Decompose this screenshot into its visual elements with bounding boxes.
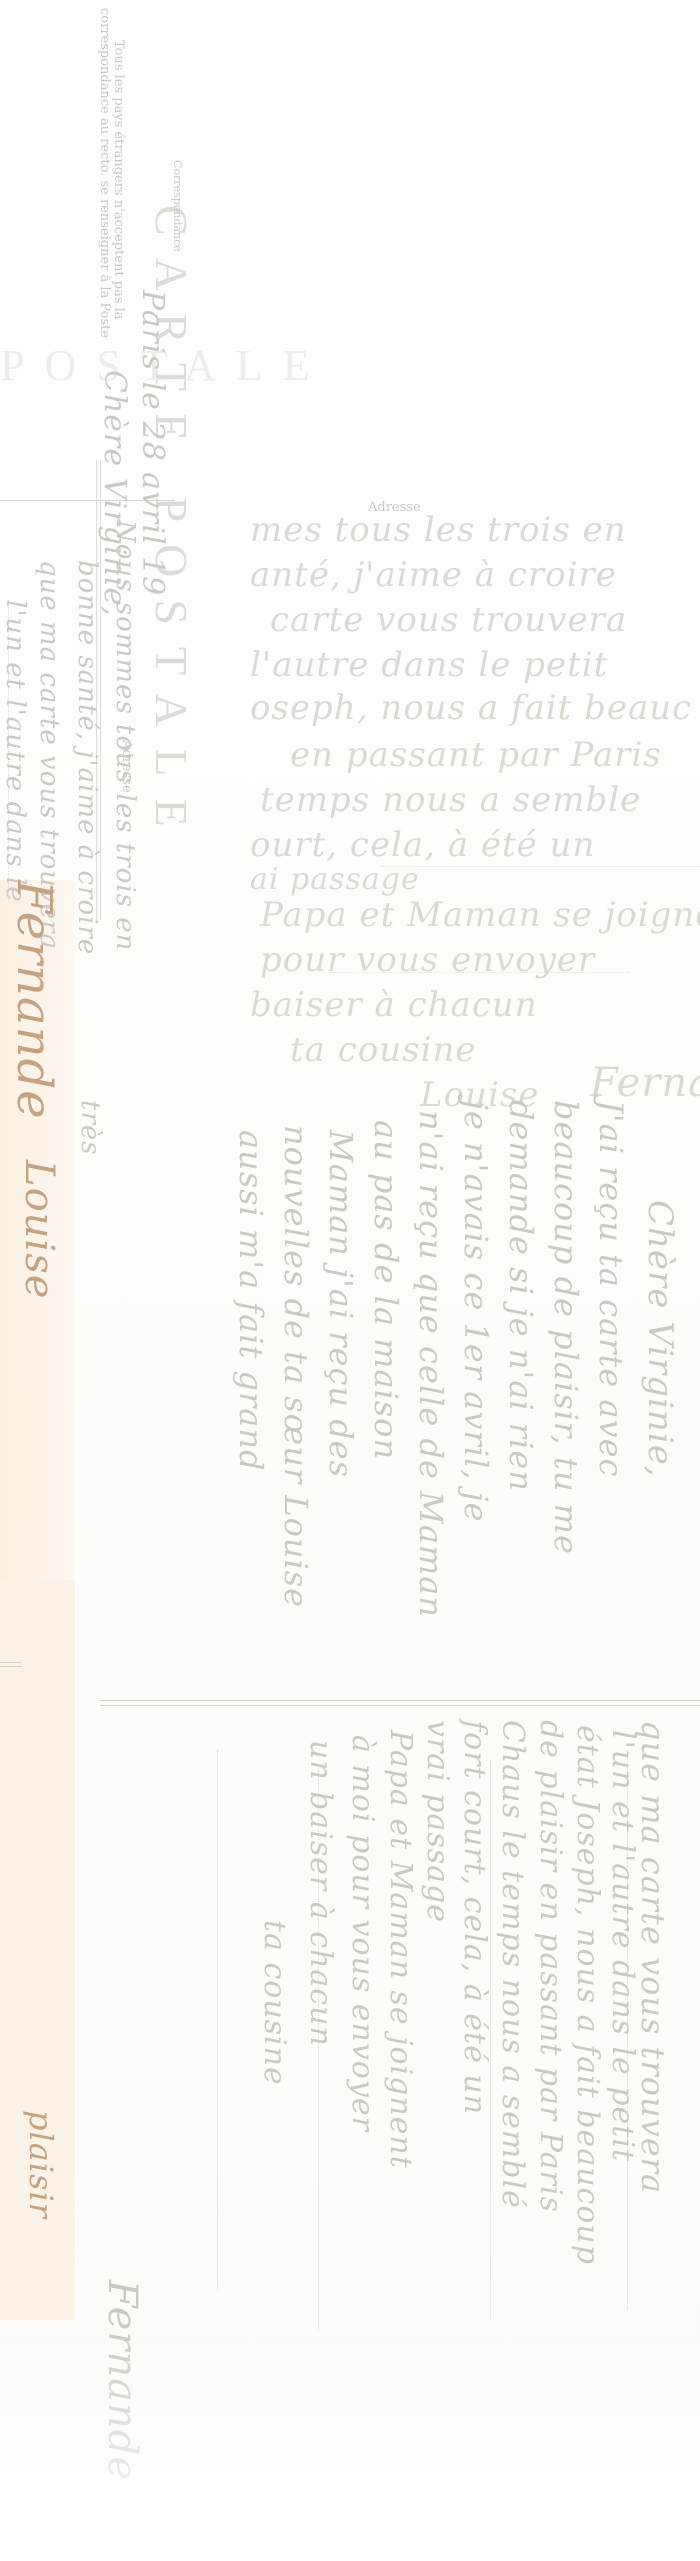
divider-line-lower-2 xyxy=(100,1705,700,1706)
handwriting-line: un baiser à chacun xyxy=(303,1740,338,2047)
handwriting-line: J'ai reçu ta carte avec xyxy=(592,1100,630,1477)
handwriting-line: Papa et Maman se joignent xyxy=(383,1730,418,2169)
signature-sepia-2: Louise xyxy=(16,1160,62,1299)
signature-sepia: Fernande xyxy=(6,880,62,1120)
handwriting-line: carte vous trouvera xyxy=(270,600,627,640)
postcard-background: CARTE POSTALE POSTALE Tous les pays étra… xyxy=(0,0,700,2561)
bottom-fade xyxy=(0,2320,700,2561)
handwriting-line: baiser à chacun xyxy=(250,985,538,1025)
handwriting-line: ai passage xyxy=(250,862,420,897)
handwriting-line: temps nous a semble xyxy=(260,780,641,820)
correspondence-label: Correspondance xyxy=(171,160,184,252)
divider-line-lower xyxy=(100,1700,700,1701)
handwriting-line: à moi pour vous envoyer xyxy=(345,1735,380,2132)
notice-line-2: correspondance au recto. se renseigner à… xyxy=(97,8,112,338)
handwriting-line: ta cousine xyxy=(257,1920,292,2086)
handwriting-line: l'un et l'autre dans le xyxy=(0,600,30,903)
handwriting-line: je n'avais ce 1er avril, je xyxy=(457,1100,495,1522)
handwriting-line: Papa et Maman se joignent xyxy=(260,895,700,935)
handwriting-line: n'ai reçu que celle de Maman xyxy=(412,1110,450,1618)
handwriting-line: ourt, cela, à été un xyxy=(250,825,595,865)
address-dotted-line-h xyxy=(380,866,700,867)
handwriting-greeting: Chère Virginie, xyxy=(640,1200,680,1478)
handwriting-line: très xyxy=(75,1100,105,1156)
handwriting-line: vrai passage xyxy=(420,1720,455,1923)
handwriting-line: oseph, nous a fait beauc xyxy=(250,688,692,728)
handwriting-date: Paris le 28 avril 19 xyxy=(135,290,170,596)
handwriting-line: au pas de la maison xyxy=(367,1120,405,1460)
handwriting-line: Maman j'ai reçu des xyxy=(322,1130,360,1478)
divider-stub xyxy=(0,1662,22,1663)
handwriting-line: bonne santé, j'aime à croire xyxy=(72,560,102,955)
handwriting-line: mes tous les trois en xyxy=(250,510,627,550)
address-dotted-line xyxy=(217,1750,218,2290)
handwriting-line: beaucoup de plaisir, tu me xyxy=(547,1100,585,1555)
handwriting-line: aussi m'a fait grand xyxy=(232,1130,270,1471)
handwriting-line: de plaisir en passant par Paris xyxy=(533,1720,568,2213)
handwriting-line: anté, j'aime à croire xyxy=(250,555,617,595)
handwriting-line: nouvelles de ta sœur Louise xyxy=(277,1125,315,1608)
handwriting-line: fort court, cela, à été un xyxy=(457,1720,492,2115)
handwriting-line: état Joseph, nous a fait beaucoup xyxy=(570,1725,605,2265)
handwriting-line: en passant par Paris xyxy=(290,735,662,775)
notice-line-1: Tous les pays étrangers n'acceptent pas … xyxy=(111,40,126,320)
divider-stub-2 xyxy=(0,1666,22,1667)
handwriting-line: demande si je n'ai rien xyxy=(502,1100,540,1492)
handwriting-line: Chaus le temps nous a semblé xyxy=(495,1720,530,2209)
handwriting-line: ta cousine xyxy=(290,1030,477,1070)
handwriting-line: Nous sommes tous les trois en xyxy=(110,520,140,951)
handwriting-line: l'autre dans le petit xyxy=(250,645,608,685)
handwriting-line: l'un et l'autre dans le petit xyxy=(605,1730,640,2162)
handwriting-line: pour vous envoyer xyxy=(260,940,595,980)
sepia-fragment: plaisir xyxy=(22,2110,60,2219)
